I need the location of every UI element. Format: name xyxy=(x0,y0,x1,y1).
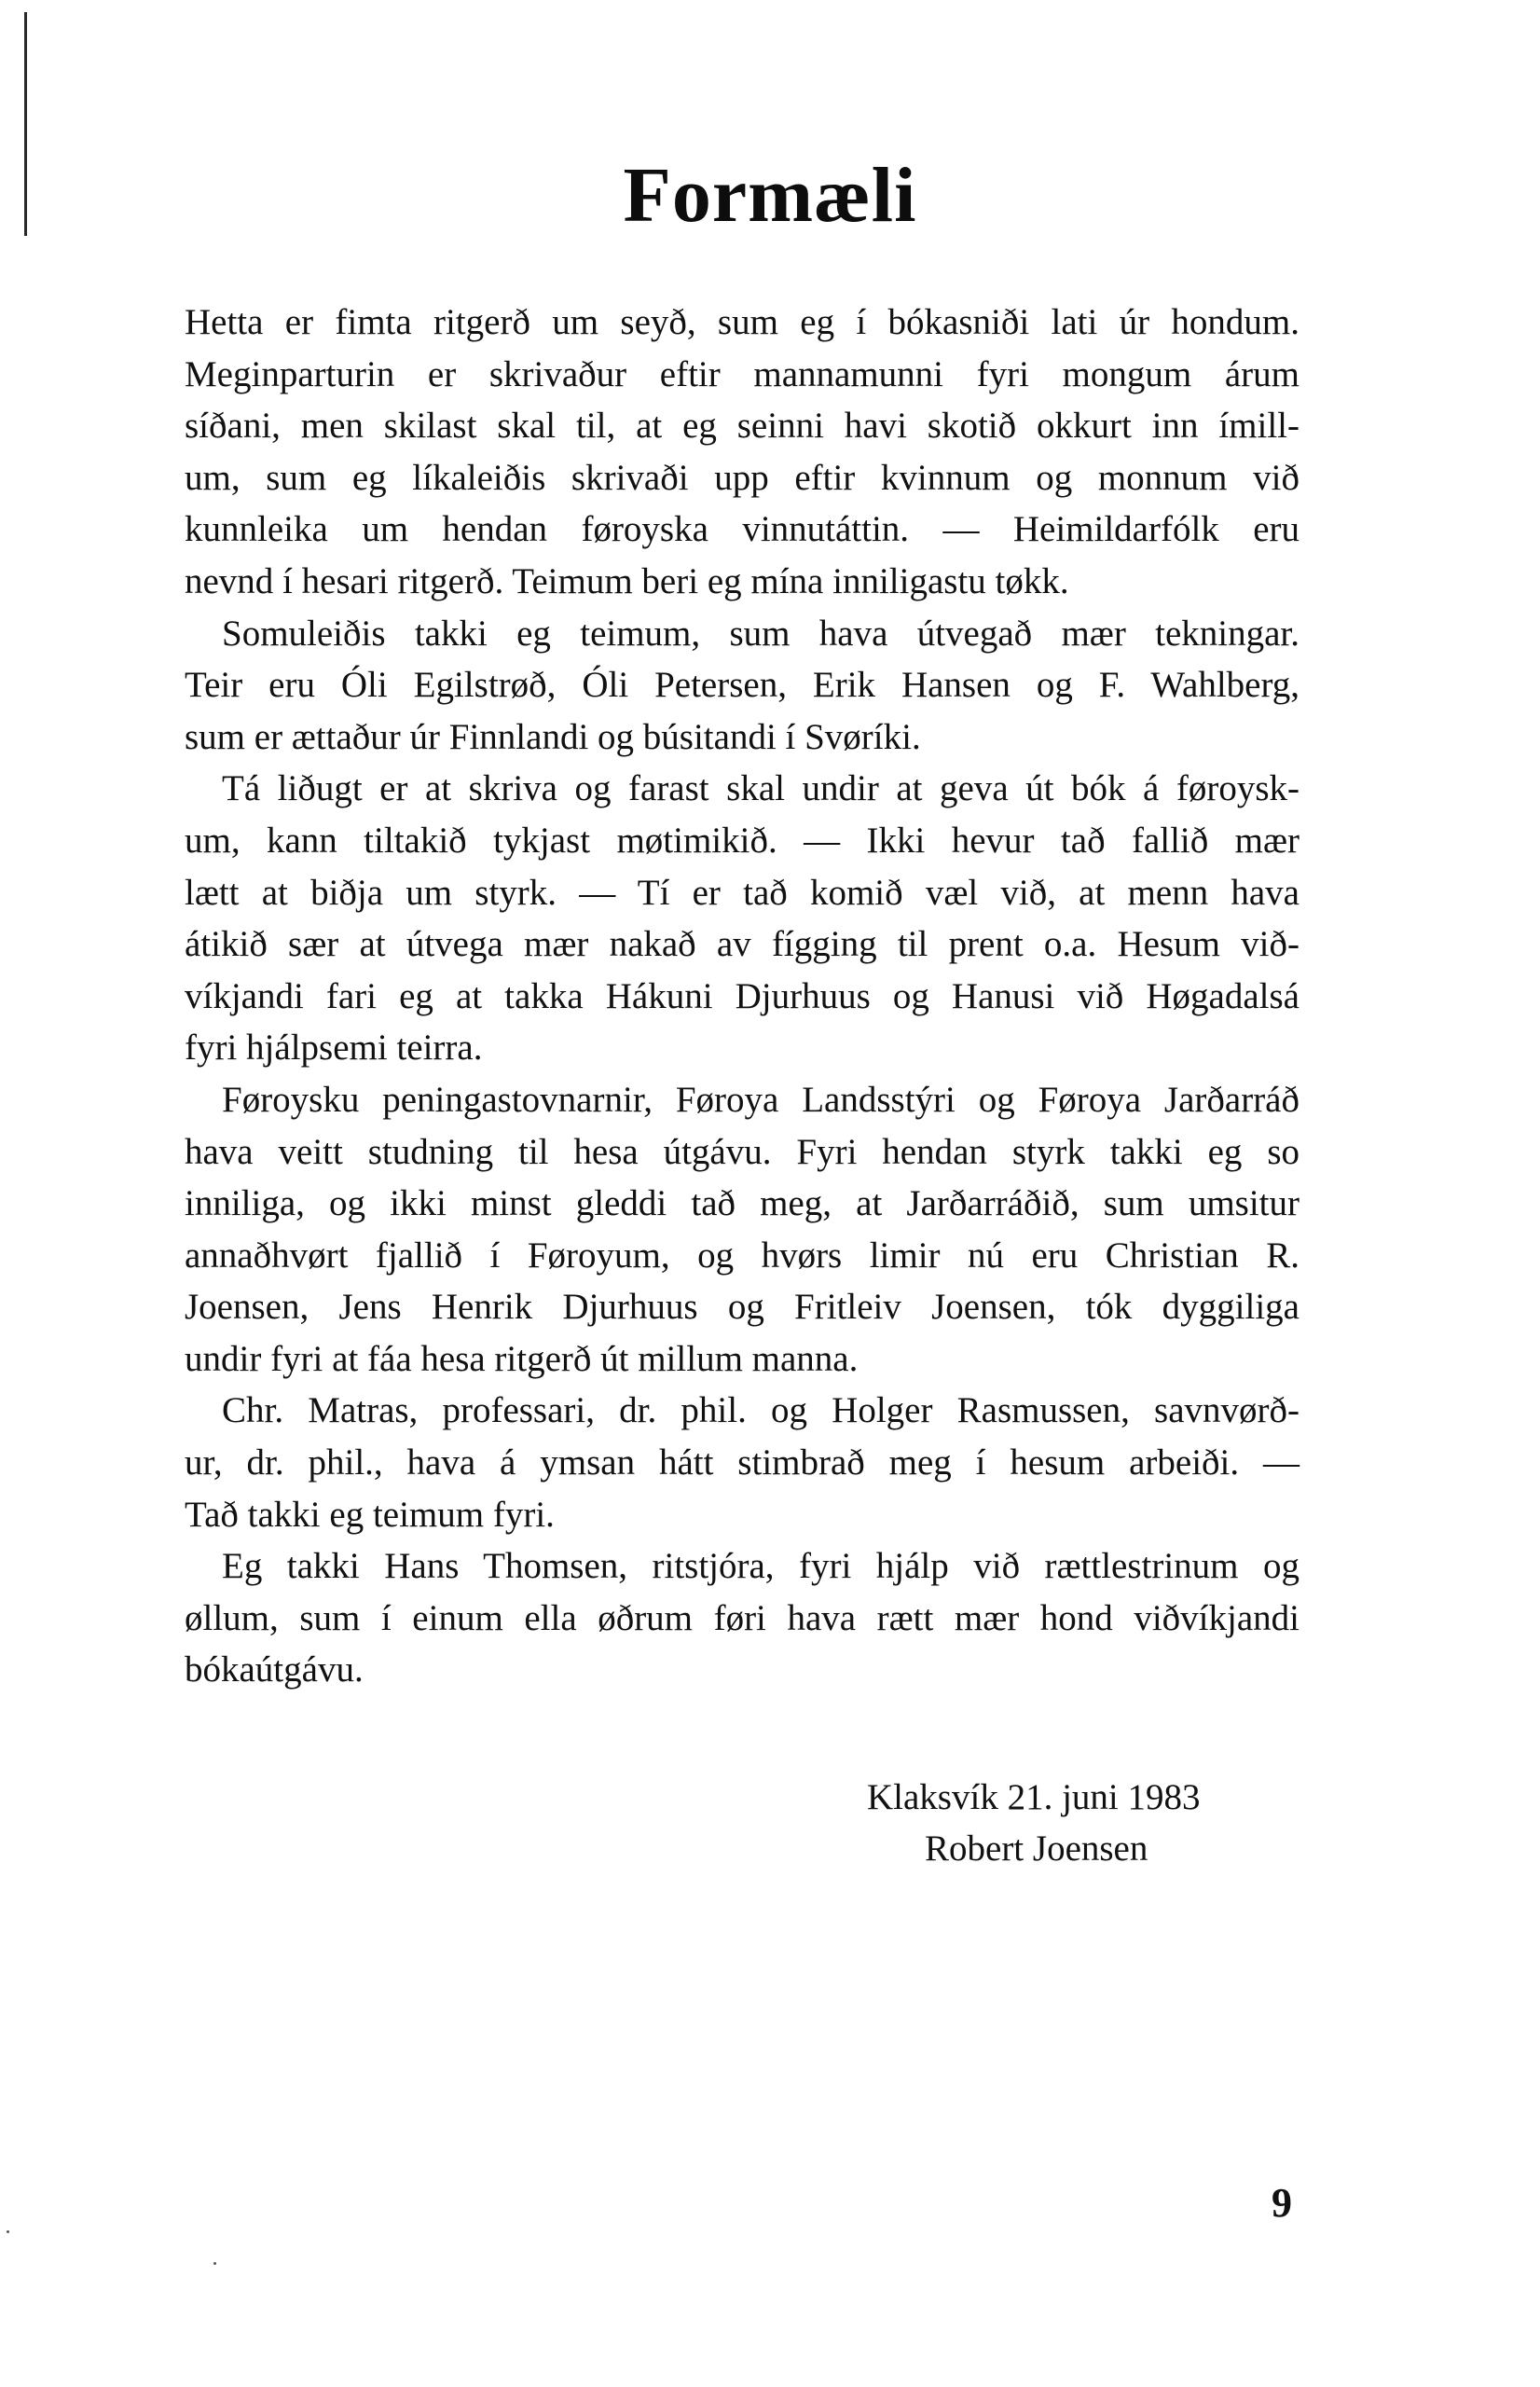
text-line: Chr. Matras, professari, dr. phil. og Ho… xyxy=(185,1385,1299,1437)
text-line: hava veitt studning til hesa útgávu. Fyr… xyxy=(185,1126,1299,1179)
text-line: Tá liðugt er at skriva og farast skal un… xyxy=(185,763,1299,815)
paragraph-4: Føroysku peningastovnarnir, Føroya Lands… xyxy=(185,1074,1299,1386)
text-line: Hetta er fimta ritgerð um seyð, sum eg í… xyxy=(185,297,1299,349)
text-line: Tað takki eg teimum fyri. xyxy=(185,1489,1299,1541)
text-line: undir fyri at fáa hesa ritgerð út millum… xyxy=(185,1333,1299,1386)
page-title: Formæli xyxy=(0,149,1540,242)
text-line: ur, dr. phil., hava á ymsan hátt stimbra… xyxy=(185,1437,1299,1489)
text-line: bókaútgávu. xyxy=(185,1644,1299,1696)
text-line: inniliga, og ikki minst gleddi tað meg, … xyxy=(185,1178,1299,1230)
scan-speck xyxy=(7,2230,9,2233)
text-line: átikið sær at útvega mær nakað av fíggin… xyxy=(185,918,1299,971)
paragraph-6: Eg takki Hans Thomsen, ritstjóra, fyri h… xyxy=(185,1540,1299,1696)
text-line: Somuleiðis takki eg teimum, sum hava útv… xyxy=(185,608,1299,660)
text-line: Teir eru Óli Egilstrøð, Óli Petersen, Er… xyxy=(185,659,1299,711)
signature-place-date: Klaksvík 21. juni 1983 xyxy=(867,1772,1221,1823)
scan-speck xyxy=(213,2262,216,2265)
text-line: Føroysku peningastovnarnir, Føroya Lands… xyxy=(185,1074,1299,1126)
preface-body: Hetta er fimta ritgerð um seyð, sum eg í… xyxy=(185,297,1299,1696)
text-line: um, kann tiltakið tykjast møtimikið. — I… xyxy=(185,815,1299,867)
text-line: kunnleika um hendan føroyska vinnutáttin… xyxy=(185,504,1299,556)
text-line: um, sum eg líkaleiðis skrivaði upp eftir… xyxy=(185,452,1299,504)
page-number: 9 xyxy=(1272,2177,1292,2228)
signature-name: Robert Joensen xyxy=(867,1823,1221,1874)
text-line: víkjandi fari eg at takka Hákuni Djurhuu… xyxy=(185,971,1299,1023)
text-line: annaðhvørt fjallið í Føroyum, og hvørs l… xyxy=(185,1230,1299,1282)
text-line: fyri hjálpsemi teirra. xyxy=(185,1022,1299,1074)
signature-block: Klaksvík 21. juni 1983 Robert Joensen xyxy=(867,1772,1221,1874)
text-line: sum er ættaður úr Finnlandi og búsitandi… xyxy=(185,711,1299,764)
paragraph-1: Hetta er fimta ritgerð um seyð, sum eg í… xyxy=(185,297,1299,608)
text-line: lætt at biðja um styrk. — Tí er tað komi… xyxy=(185,867,1299,919)
text-line: Eg takki Hans Thomsen, ritstjóra, fyri h… xyxy=(185,1540,1299,1593)
text-line: Meginparturin er skrivaður eftir mannamu… xyxy=(185,349,1299,401)
text-line: Joensen, Jens Henrik Djurhuus og Fritlei… xyxy=(185,1281,1299,1333)
text-line: øllum, sum í einum ella øðrum føri hava … xyxy=(185,1593,1299,1645)
paragraph-2: Somuleiðis takki eg teimum, sum hava útv… xyxy=(185,608,1299,764)
text-line: nevnd í hesari ritgerð. Teimum beri eg m… xyxy=(185,556,1299,608)
paragraph-3: Tá liðugt er at skriva og farast skal un… xyxy=(185,763,1299,1074)
text-line: síðani, men skilast skal til, at eg sein… xyxy=(185,400,1299,452)
paragraph-5: Chr. Matras, professari, dr. phil. og Ho… xyxy=(185,1385,1299,1540)
